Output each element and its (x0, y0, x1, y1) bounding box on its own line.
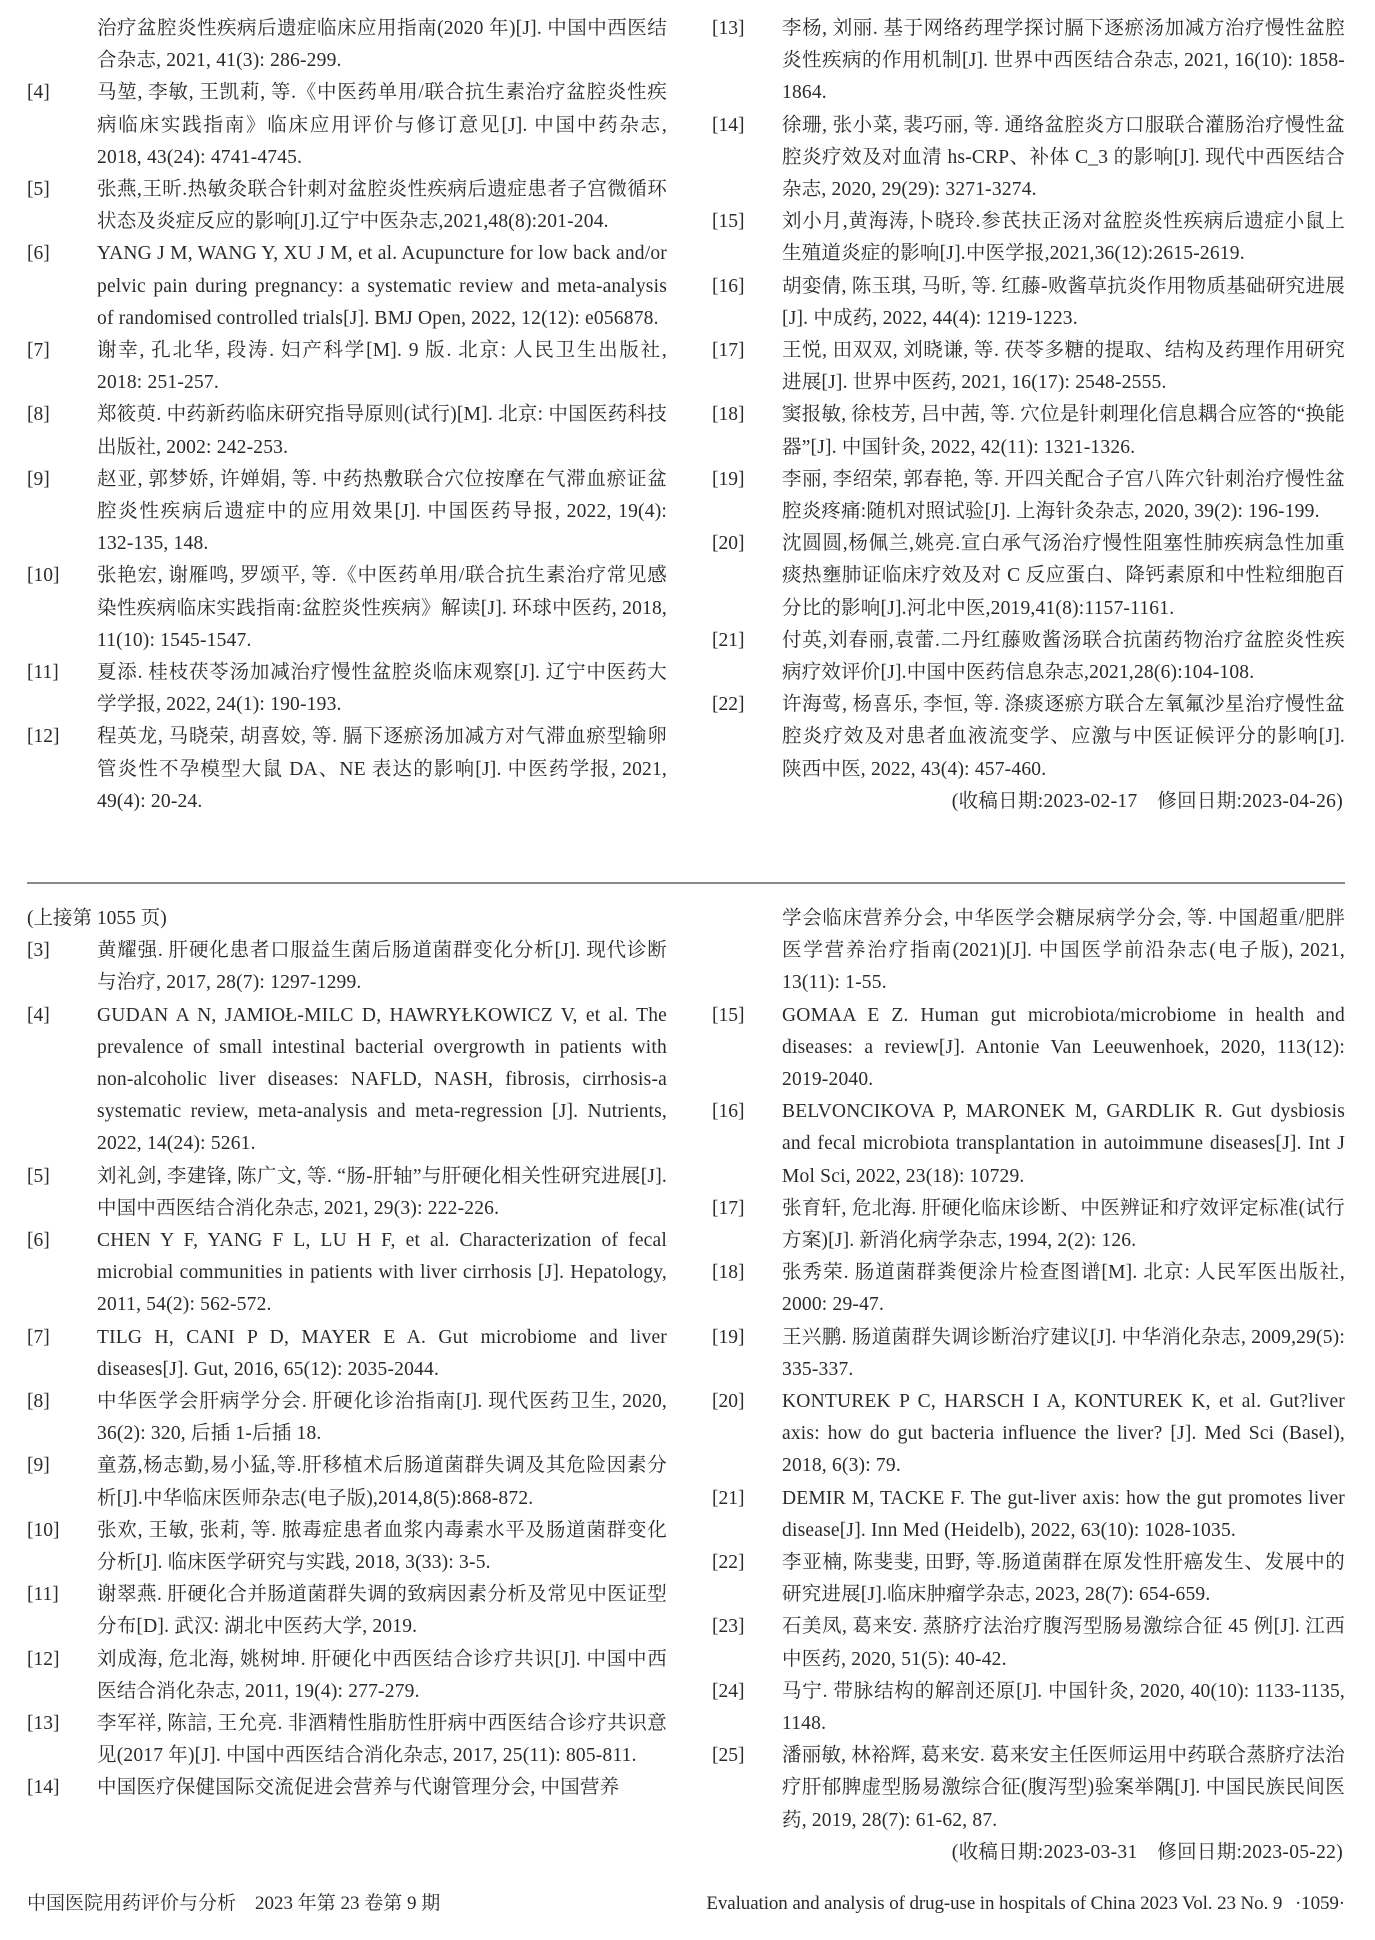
bottom-right-column: 学会临床营养分会, 中华医学会糖尿病学分会, 等. 中国超重/肥胖医学营养治疗指… (712, 903, 1345, 1869)
reference-item: [18]张秀荣. 肠道菌群粪便涂片检查图谱[M]. 北京: 人民军医出版社, 2… (712, 1257, 1345, 1321)
reference-number: [19] (712, 464, 776, 496)
reference-item: [12]程英龙, 马晓荣, 胡喜姣, 等. 膈下逐瘀汤加减方对气滞血瘀型输卵管炎… (27, 721, 667, 818)
reference-item: [17]张育轩, 危北海. 肝硬化临床诊断、中医辨证和疗效评定标准(试行方案)[… (712, 1193, 1345, 1257)
reference-item: [20]KONTUREK P C, HARSCH I A, KONTUREK K… (712, 1386, 1345, 1483)
reference-item: [8]郑筱萸. 中药新药临床研究指导原则(试行)[M]. 北京: 中国医药科技出… (27, 399, 667, 463)
reference-text: 王悦, 田双双, 刘晓谦, 等. 茯苓多糖的提取、结构及药理作用研究进展[J].… (782, 340, 1345, 393)
reference-item: [15]刘小月,黄海涛,卜晓玲.参芪扶正汤对盆腔炎性疾病后遗症小鼠上生殖道炎症的… (712, 206, 1345, 270)
reference-item: [11]夏添. 桂枝茯苓汤加减治疗慢性盆腔炎临床观察[J]. 辽宁中医药大学学报… (27, 657, 667, 721)
reference-item: [5]张燕,王昕.热敏灸联合针刺对盆腔炎性疾病后遗症患者子宫微循环状态及炎症反应… (27, 174, 667, 238)
reference-text: 李杨, 刘丽. 基于网络药理学探讨膈下逐瘀汤加减方治疗慢性盆腔炎性疾病的作用机制… (782, 18, 1345, 103)
reference-number: [13] (27, 1708, 91, 1740)
reference-number: [11] (27, 1579, 91, 1611)
reference-number: [3] (27, 935, 91, 967)
reference-text: DEMIR M, TACKE F. The gut-liver axis: ho… (782, 1488, 1345, 1541)
reference-number: [5] (27, 174, 91, 206)
reference-item: [20]沈圆圆,杨佩兰,姚亮.宣白承气汤治疗慢性阻塞性肺疾病急性加重痰热壅肺证临… (712, 528, 1345, 625)
reference-continuation: 治疗盆腔炎性疾病后遗症临床应用指南(2020 年)[J]. 中国中西医结合杂志,… (27, 13, 667, 77)
reference-text: 张欢, 王敏, 张莉, 等. 脓毒症患者血浆内毒素水平及肠道菌群变化分析[J].… (97, 1520, 667, 1573)
reference-number: [19] (712, 1322, 776, 1354)
reference-number: [20] (712, 1386, 776, 1418)
reference-number: [21] (712, 1483, 776, 1515)
reference-number: [14] (712, 110, 776, 142)
reference-item: [11]谢翠燕. 肝硬化合并肠道菌群失调的致病因素分析及常见中医证型分布[D].… (27, 1579, 667, 1643)
reference-number: [18] (712, 399, 776, 431)
reference-text: 马宁. 带脉结构的解剖还原[J]. 中国针灸, 2020, 40(10): 11… (782, 1681, 1345, 1734)
reference-number: [22] (712, 1547, 776, 1579)
reference-list: [13]李杨, 刘丽. 基于网络药理学探讨膈下逐瘀汤加减方治疗慢性盆腔炎性疾病的… (712, 13, 1345, 786)
footer-journal-en: Evaluation and analysis of drug-use in h… (706, 1891, 1345, 1917)
received-revised-dates: (收稿日期:2023-03-31 修回日期:2023-05-22) (712, 1837, 1345, 1869)
reference-item: [18]窦报敏, 徐枝芳, 吕中茜, 等. 穴位是针刺理化信息耦合应答的“换能器… (712, 399, 1345, 463)
reference-item: [23]石美凤, 葛来安. 蒸脐疗法治疗腹泻型肠易激综合征 45 例[J]. 江… (712, 1611, 1345, 1675)
reference-item: [19]李丽, 李绍荣, 郭春艳, 等. 开四关配合子宫八阵穴针刺治疗慢性盆腔炎… (712, 464, 1345, 528)
reference-text: YANG J M, WANG Y, XU J M, et al. Acupunc… (97, 243, 667, 328)
reference-item: [14]中国医疗保健国际交流促进会营养与代谢管理分会, 中国营养 (27, 1772, 667, 1804)
reference-item: [9]童荔,杨志勤,易小猛,等.肝移植术后肠道菌群失调及其危险因素分析[J].中… (27, 1450, 667, 1514)
reference-text: 夏添. 桂枝茯苓汤加减治疗慢性盆腔炎临床观察[J]. 辽宁中医药大学学报, 20… (97, 662, 667, 715)
page-number: ·1059· (1295, 1893, 1345, 1914)
reference-number: [4] (27, 77, 91, 109)
reference-list: [3]黄耀强. 肝硬化患者口服益生菌后肠道菌群变化分析[J]. 现代诊断与治疗,… (27, 935, 667, 1804)
reference-number: [12] (27, 1644, 91, 1676)
reference-number: [7] (27, 335, 91, 367)
reference-number: [4] (27, 1000, 91, 1032)
reference-text: 谢翠燕. 肝硬化合并肠道菌群失调的致病因素分析及常见中医证型分布[D]. 武汉:… (97, 1584, 667, 1637)
reference-item: [9]赵亚, 郭梦娇, 许婵娟, 等. 中药热敷联合穴位按摩在气滞血瘀证盆腔炎性… (27, 464, 667, 561)
reference-text: 付英,刘春丽,袁蕾.二丹红藤败酱汤联合抗菌药物治疗盆腔炎性疾病疗效评价[J].中… (782, 630, 1345, 683)
reference-item: [22]李亚楠, 陈斐斐, 田野, 等.肠道菌群在原发性肝癌发生、发展中的研究进… (712, 1547, 1345, 1611)
reference-text: 石美凤, 葛来安. 蒸脐疗法治疗腹泻型肠易激综合征 45 例[J]. 江西中医药… (782, 1616, 1345, 1669)
reference-item: [17]王悦, 田双双, 刘晓谦, 等. 茯苓多糖的提取、结构及药理作用研究进展… (712, 335, 1345, 399)
reference-item: [6]YANG J M, WANG Y, XU J M, et al. Acup… (27, 238, 667, 335)
reference-item: [24]马宁. 带脉结构的解剖还原[J]. 中国针灸, 2020, 40(10)… (712, 1676, 1345, 1740)
reference-number: [6] (27, 238, 91, 270)
reference-number: [8] (27, 1386, 91, 1418)
reference-number: [16] (712, 1096, 776, 1128)
reference-text: 胡娈倩, 陈玉琪, 马昕, 等. 红藤-败酱草抗炎作用物质基础研究进展[J]. … (782, 276, 1345, 329)
reference-number: [5] (27, 1161, 91, 1193)
reference-number: [14] (27, 1772, 91, 1804)
reference-number: [23] (712, 1611, 776, 1643)
reference-list: [15]GOMAA E Z. Human gut microbiota/micr… (712, 1000, 1345, 1837)
reference-list: [4]马堃, 李敏, 王凯莉, 等.《中医药单用/联合抗生素治疗盆腔炎性疾病临床… (27, 77, 667, 818)
reference-text: 郑筱萸. 中药新药临床研究指导原则(试行)[M]. 北京: 中国医药科技出版社,… (97, 404, 667, 457)
reference-item: [12]刘成海, 危北海, 姚树坤. 肝硬化中西医结合诊疗共识[J]. 中国中西… (27, 1644, 667, 1708)
reference-number: [12] (27, 721, 91, 753)
reference-item: [7]TILG H, CANI P D, MAYER E A. Gut micr… (27, 1322, 667, 1386)
reference-item: [5]刘礼剑, 李建锋, 陈广文, 等. “肠-肝轴”与肝硬化相关性研究进展[J… (27, 1161, 667, 1225)
reference-text: 刘礼剑, 李建锋, 陈广文, 等. “肠-肝轴”与肝硬化相关性研究进展[J]. … (97, 1166, 667, 1219)
reference-number: [22] (712, 689, 776, 721)
reference-number: [16] (712, 271, 776, 303)
reference-text: 程英龙, 马晓荣, 胡喜姣, 等. 膈下逐瘀汤加减方对气滞血瘀型输卵管炎性不孕模… (97, 726, 667, 811)
top-right-column: [13]李杨, 刘丽. 基于网络药理学探讨膈下逐瘀汤加减方治疗慢性盆腔炎性疾病的… (712, 13, 1345, 818)
top-left-column: 治疗盆腔炎性疾病后遗症临床应用指南(2020 年)[J]. 中国中西医结合杂志,… (27, 13, 667, 818)
reference-number: [24] (712, 1676, 776, 1708)
reference-text: 张育轩, 危北海. 肝硬化临床诊断、中医辨证和疗效评定标准(试行方案)[J]. … (782, 1198, 1345, 1251)
reference-text: 沈圆圆,杨佩兰,姚亮.宣白承气汤治疗慢性阻塞性肺疾病急性加重痰热壅肺证临床疗效及… (782, 533, 1345, 618)
reference-number: [9] (27, 1450, 91, 1482)
received-revised-dates: (收稿日期:2023-02-17 修回日期:2023-04-26) (712, 786, 1345, 818)
footer-journal-cn: 中国医院用药评价与分析 2023 年第 23 卷第 9 期 (27, 1891, 440, 1917)
reference-text: 张燕,王昕.热敏灸联合针刺对盆腔炎性疾病后遗症患者子宫微循环状态及炎症反应的影响… (97, 179, 667, 232)
reference-text: 谢幸, 孔北华, 段涛. 妇产科学[M]. 9 版. 北京: 人民卫生出版社, … (97, 340, 667, 393)
section-divider (27, 882, 1345, 884)
reference-text: 刘小月,黄海涛,卜晓玲.参芪扶正汤对盆腔炎性疾病后遗症小鼠上生殖道炎症的影响[J… (782, 211, 1345, 264)
reference-text: 黄耀强. 肝硬化患者口服益生菌后肠道菌群变化分析[J]. 现代诊断与治疗, 20… (97, 940, 667, 993)
reference-item: [22]许海莺, 杨喜乐, 李恒, 等. 涤痰逐瘀方联合左氧氟沙星治疗慢性盆腔炎… (712, 689, 1345, 786)
reference-number: [6] (27, 1225, 91, 1257)
reference-number: [15] (712, 206, 776, 238)
reference-item: [19]王兴鹏. 肠道菌群失调诊断治疗建议[J]. 中华消化杂志, 2009,2… (712, 1322, 1345, 1386)
reference-number: [25] (712, 1740, 776, 1772)
reference-text: 许海莺, 杨喜乐, 李恒, 等. 涤痰逐瘀方联合左氧氟沙星治疗慢性盆腔炎疗效及对… (782, 694, 1345, 779)
continued-from-note: (上接第 1055 页) (27, 903, 667, 935)
reference-text: 李丽, 李绍荣, 郭春艳, 等. 开四关配合子宫八阵穴针刺治疗慢性盆腔炎疼痛:随… (782, 469, 1345, 522)
reference-item: [14]徐珊, 张小菜, 裴巧丽, 等. 通络盆腔炎方口服联合灌肠治疗慢性盆腔炎… (712, 110, 1345, 207)
reference-number: [7] (27, 1322, 91, 1354)
reference-text: GUDAN A N, JAMIOŁ-MILC D, HAWRYŁKOWICZ V… (97, 1005, 667, 1155)
reference-text: 李军祥, 陈誩, 王允亮. 非酒精性脂肪性肝病中西医结合诊疗共识意见(2017 … (97, 1713, 667, 1766)
footer-journal-en-text: Evaluation and analysis of drug-use in h… (706, 1893, 1282, 1914)
reference-text: BELVONCIKOVA P, MARONEK M, GARDLIK R. Gu… (782, 1101, 1345, 1186)
reference-number: [10] (27, 560, 91, 592)
reference-text: 潘丽敏, 林裕辉, 葛来安. 葛来安主任医师运用中药联合蒸脐疗法治疗肝郁脾虚型肠… (782, 1745, 1345, 1830)
reference-text: 王兴鹏. 肠道菌群失调诊断治疗建议[J]. 中华消化杂志, 2009,29(5)… (782, 1327, 1345, 1380)
reference-item: [16]BELVONCIKOVA P, MARONEK M, GARDLIK R… (712, 1096, 1345, 1193)
reference-number: [13] (712, 13, 776, 45)
reference-number: [9] (27, 464, 91, 496)
reference-number: [11] (27, 657, 91, 689)
reference-continuation: 学会临床营养分会, 中华医学会糖尿病学分会, 等. 中国超重/肥胖医学营养治疗指… (712, 903, 1345, 1000)
reference-text: 赵亚, 郭梦娇, 许婵娟, 等. 中药热敷联合穴位按摩在气滞血瘀证盆腔炎性疾病后… (97, 469, 667, 554)
reference-number: [18] (712, 1257, 776, 1289)
reference-item: [4]马堃, 李敏, 王凯莉, 等.《中医药单用/联合抗生素治疗盆腔炎性疾病临床… (27, 77, 667, 174)
reference-item: [8]中华医学会肝病学分会. 肝硬化诊治指南[J]. 现代医药卫生, 2020,… (27, 1386, 667, 1450)
reference-text: 中华医学会肝病学分会. 肝硬化诊治指南[J]. 现代医药卫生, 2020, 36… (97, 1391, 667, 1444)
reference-item: [6]CHEN Y F, YANG F L, LU H F, et al. Ch… (27, 1225, 667, 1322)
reference-text: 李亚楠, 陈斐斐, 田野, 等.肠道菌群在原发性肝癌发生、发展中的研究进展[J]… (782, 1552, 1345, 1605)
reference-text: 窦报敏, 徐枝芳, 吕中茜, 等. 穴位是针刺理化信息耦合应答的“换能器”[J]… (782, 404, 1345, 457)
reference-number: [17] (712, 1193, 776, 1225)
reference-text: 张艳宏, 谢雁鸣, 罗颂平, 等.《中医药单用/联合抗生素治疗常见感染性疾病临床… (97, 565, 667, 650)
reference-item: [13]李杨, 刘丽. 基于网络药理学探讨膈下逐瘀汤加减方治疗慢性盆腔炎性疾病的… (712, 13, 1345, 110)
reference-text: GOMAA E Z. Human gut microbiota/microbio… (782, 1005, 1345, 1090)
reference-item: [4]GUDAN A N, JAMIOŁ-MILC D, HAWRYŁKOWIC… (27, 1000, 667, 1161)
bottom-left-column: (上接第 1055 页) [3]黄耀强. 肝硬化患者口服益生菌后肠道菌群变化分析… (27, 903, 667, 1805)
reference-text: 刘成海, 危北海, 姚树坤. 肝硬化中西医结合诊疗共识[J]. 中国中西医结合消… (97, 1649, 667, 1702)
reference-number: [10] (27, 1515, 91, 1547)
reference-item: [15]GOMAA E Z. Human gut microbiota/micr… (712, 1000, 1345, 1097)
reference-item: [7]谢幸, 孔北华, 段涛. 妇产科学[M]. 9 版. 北京: 人民卫生出版… (27, 335, 667, 399)
reference-text: 马堃, 李敏, 王凯莉, 等.《中医药单用/联合抗生素治疗盆腔炎性疾病临床实践指… (97, 82, 667, 167)
reference-item: [3]黄耀强. 肝硬化患者口服益生菌后肠道菌群变化分析[J]. 现代诊断与治疗,… (27, 935, 667, 999)
reference-item: [10]张欢, 王敏, 张莉, 等. 脓毒症患者血浆内毒素水平及肠道菌群变化分析… (27, 1515, 667, 1579)
reference-item: [16]胡娈倩, 陈玉琪, 马昕, 等. 红藤-败酱草抗炎作用物质基础研究进展[… (712, 271, 1345, 335)
reference-item: [13]李军祥, 陈誩, 王允亮. 非酒精性脂肪性肝病中西医结合诊疗共识意见(2… (27, 1708, 667, 1772)
reference-text: 童荔,杨志勤,易小猛,等.肝移植术后肠道菌群失调及其危险因素分析[J].中华临床… (97, 1455, 667, 1508)
reference-item: [21]付英,刘春丽,袁蕾.二丹红藤败酱汤联合抗菌药物治疗盆腔炎性疾病疗效评价[… (712, 625, 1345, 689)
reference-text: CHEN Y F, YANG F L, LU H F, et al. Chara… (97, 1230, 667, 1315)
reference-number: [21] (712, 625, 776, 657)
reference-number: [15] (712, 1000, 776, 1032)
reference-number: [17] (712, 335, 776, 367)
reference-text: 徐珊, 张小菜, 裴巧丽, 等. 通络盆腔炎方口服联合灌肠治疗慢性盆腔炎疗效及对… (782, 115, 1345, 200)
reference-text: KONTUREK P C, HARSCH I A, KONTUREK K, et… (782, 1391, 1345, 1476)
reference-text: TILG H, CANI P D, MAYER E A. Gut microbi… (97, 1327, 667, 1380)
reference-text: 张秀荣. 肠道菌群粪便涂片检查图谱[M]. 北京: 人民军医出版社, 2000:… (782, 1262, 1345, 1315)
reference-number: [20] (712, 528, 776, 560)
reference-item: [10]张艳宏, 谢雁鸣, 罗颂平, 等.《中医药单用/联合抗生素治疗常见感染性… (27, 560, 667, 657)
reference-item: [25]潘丽敏, 林裕辉, 葛来安. 葛来安主任医师运用中药联合蒸脐疗法治疗肝郁… (712, 1740, 1345, 1837)
reference-number: [8] (27, 399, 91, 431)
reference-item: [21]DEMIR M, TACKE F. The gut-liver axis… (712, 1483, 1345, 1547)
reference-text: 中国医疗保健国际交流促进会营养与代谢管理分会, 中国营养 (97, 1777, 619, 1798)
